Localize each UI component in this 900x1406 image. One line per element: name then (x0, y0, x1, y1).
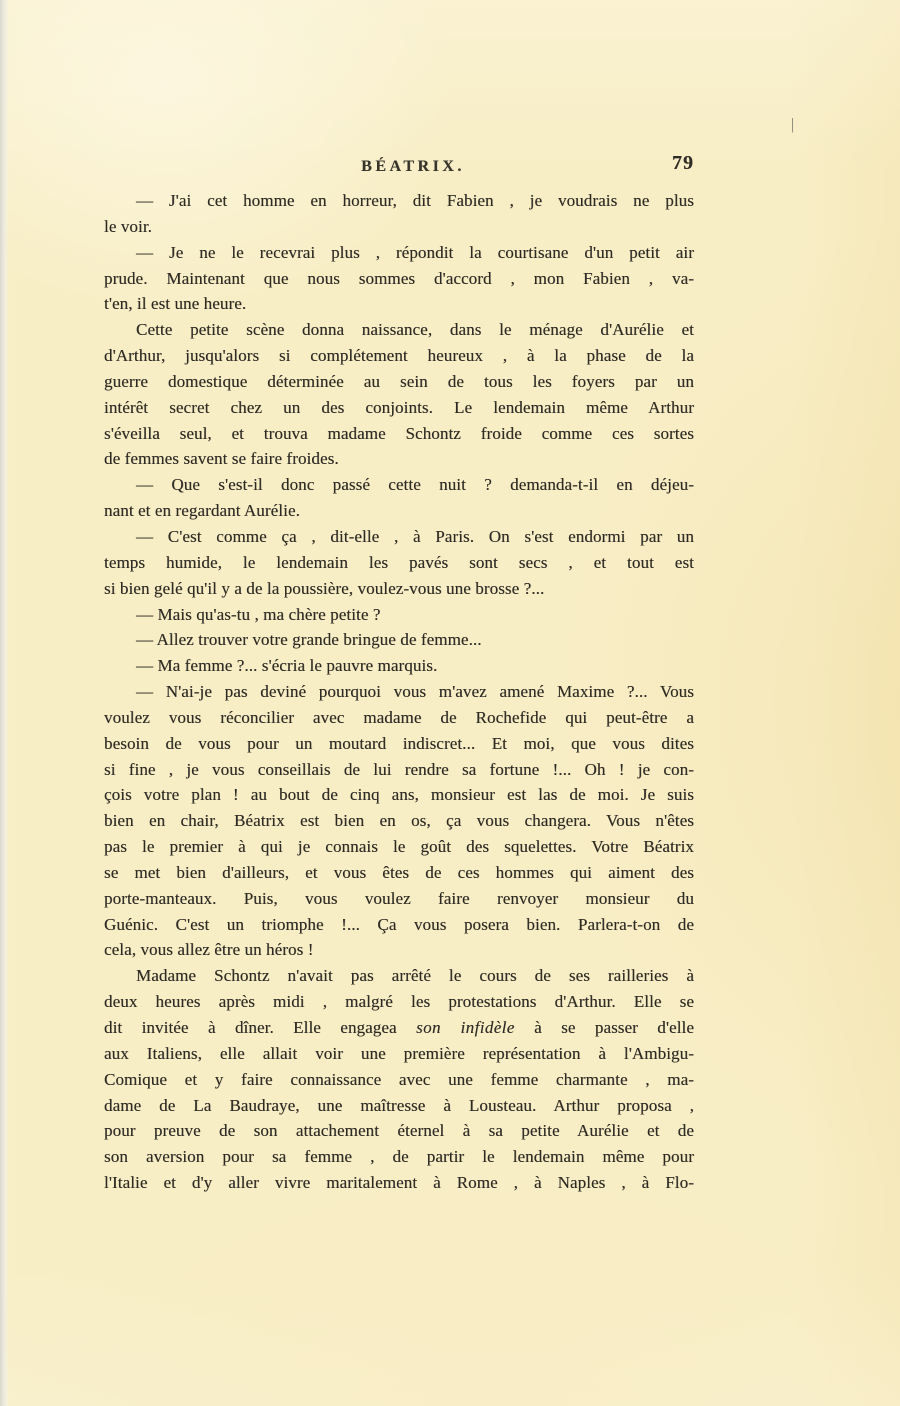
text-line: — Ma femme ?... s'écria le pauvre marqui… (104, 653, 694, 679)
text-line: voulez vous réconcilier avec madame de R… (104, 705, 694, 731)
text-line: dame de La Baudraye, une maîtresse à Lou… (104, 1093, 694, 1119)
text-segment: d'Arthur, jusqu'alors si complétement he… (104, 346, 694, 365)
page-number: 79 (672, 152, 694, 175)
paragraph: — J'ai cet homme en horreur, dit Fabien … (104, 188, 694, 240)
paragraph: — Allez trouver votre grande bringue de … (104, 627, 694, 653)
text-line: pour preuve de son attachement éternel à… (104, 1118, 694, 1144)
text-line: dit invitée à dîner. Elle engagea son in… (104, 1015, 694, 1041)
text-line: deux heures après midi , malgré les prot… (104, 989, 694, 1015)
text-line: Comique et y faire connaissance avec une… (104, 1067, 694, 1093)
text-segment: pas le premier à qui je connais le goût … (104, 837, 694, 856)
text-line: bien en chair, Béatrix est bien en os, ç… (104, 808, 694, 834)
text-line: d'Arthur, jusqu'alors si complétement he… (104, 343, 694, 369)
margin-tick-mark: | (791, 116, 793, 134)
page-body: — J'ai cet homme en horreur, dit Fabien … (104, 188, 694, 1196)
text-line: si bien gelé qu'il y a de la poussière, … (104, 576, 694, 602)
text-line: Madame Schontz n'avait pas arrêté le cou… (104, 963, 694, 989)
text-segment: çois votre plan ! au bout de cinq ans, m… (104, 785, 694, 804)
text-line: temps humide, le lendemain les pavés son… (104, 550, 694, 576)
text-line: guerre domestique déterminée au sein de … (104, 369, 694, 395)
paragraph: — Je ne le recevrai plus , répondit la c… (104, 240, 694, 318)
text-line: — J'ai cet homme en horreur, dit Fabien … (104, 188, 694, 214)
text-segment: si fine , je vous conseillais de lui ren… (104, 760, 694, 779)
text-segment: t'en, il est une heure. (104, 294, 246, 313)
text-line: t'en, il est une heure. (104, 291, 694, 317)
paragraph: Cette petite scène donna naissance, dans… (104, 317, 694, 472)
text-line: intérêt secret chez un des conjoints. Le… (104, 395, 694, 421)
text-line: besoin de vous pour un moutard indiscret… (104, 731, 694, 757)
text-line: — N'ai-je pas deviné pourquoi vous m'ave… (104, 679, 694, 705)
page-header: BÉATRIX. 79 (104, 155, 694, 181)
italic-text: son infidèle (416, 1018, 515, 1037)
text-line: pas le premier à qui je connais le goût … (104, 834, 694, 860)
text-segment: bien en chair, Béatrix est bien en os, ç… (104, 811, 694, 830)
paragraph: — Que s'est-il donc passé cette nuit ? d… (104, 472, 694, 524)
text-line: si fine , je vous conseillais de lui ren… (104, 757, 694, 783)
text-line: — Allez trouver votre grande bringue de … (104, 627, 694, 653)
text-segment: deux heures après midi , malgré les prot… (104, 992, 694, 1011)
page-left-edge (0, 0, 9, 1406)
text-segment: voulez vous réconcilier avec madame de R… (104, 708, 694, 727)
text-line: — C'est comme ça , dit-elle , à Paris. O… (104, 524, 694, 550)
text-segment: nant et en regardant Aurélie. (104, 501, 300, 520)
text-segment: son aversion pour sa femme , de partir l… (104, 1147, 694, 1166)
text-segment: — Allez trouver votre grande bringue de … (136, 630, 482, 649)
text-segment: le voir. (104, 217, 152, 236)
text-segment: — Que s'est-il donc passé cette nuit ? d… (136, 475, 694, 494)
text-segment: — N'ai-je pas deviné pourquoi vous m'ave… (136, 682, 694, 701)
text-segment: si bien gelé qu'il y a de la poussière, … (104, 579, 544, 598)
paragraph: — Ma femme ?... s'écria le pauvre marqui… (104, 653, 694, 679)
text-line: — Mais qu'as-tu , ma chère petite ? (104, 602, 694, 628)
text-line: l'Italie et d'y aller vivre maritalement… (104, 1170, 694, 1196)
text-segment: guerre domestique déterminée au sein de … (104, 372, 694, 391)
text-segment: l'Italie et d'y aller vivre maritalement… (104, 1173, 694, 1192)
text-segment: à se passer d'elle (515, 1018, 694, 1037)
text-segment: de femmes savent se faire froides. (104, 449, 339, 468)
text-segment: aux Italiens, elle allait voir une premi… (104, 1044, 694, 1063)
text-segment: dit invitée à dîner. Elle engagea (104, 1018, 416, 1037)
text-segment: besoin de vous pour un moutard indiscret… (104, 734, 694, 753)
text-segment: porte-manteaux. Puis, vous voulez faire … (104, 889, 694, 908)
text-line: — Je ne le recevrai plus , répondit la c… (104, 240, 694, 266)
text-line: cela, vous allez être un héros ! (104, 937, 694, 963)
text-segment: Cette petite scène donna naissance, dans… (136, 320, 694, 339)
text-segment: s'éveilla seul, et trouva madame Schontz… (104, 424, 694, 443)
text-segment: Guénic. C'est un triomphe !... Ça vous p… (104, 915, 694, 934)
paragraph: — Mais qu'as-tu , ma chère petite ? (104, 602, 694, 628)
paragraph: — C'est comme ça , dit-elle , à Paris. O… (104, 524, 694, 602)
text-segment: Comique et y faire connaissance avec une… (104, 1070, 694, 1089)
text-segment: — Mais qu'as-tu , ma chère petite ? (136, 605, 380, 624)
text-segment: cela, vous allez être un héros ! (104, 940, 313, 959)
text-line: porte-manteaux. Puis, vous voulez faire … (104, 886, 694, 912)
text-segment: — J'ai cet homme en horreur, dit Fabien … (136, 191, 694, 210)
text-segment: pour preuve de son attachement éternel à… (104, 1121, 694, 1140)
text-line: — Que s'est-il donc passé cette nuit ? d… (104, 472, 694, 498)
text-line: aux Italiens, elle allait voir une premi… (104, 1041, 694, 1067)
text-segment: — Je ne le recevrai plus , répondit la c… (136, 243, 694, 262)
text-line: son aversion pour sa femme , de partir l… (104, 1144, 694, 1170)
text-line: le voir. (104, 214, 694, 240)
text-segment: — Ma femme ?... s'écria le pauvre marqui… (136, 656, 437, 675)
text-segment: dame de La Baudraye, une maîtresse à Lou… (104, 1096, 694, 1115)
text-line: Cette petite scène donna naissance, dans… (104, 317, 694, 343)
text-segment: Madame Schontz n'avait pas arrêté le cou… (136, 966, 694, 985)
text-line: çois votre plan ! au bout de cinq ans, m… (104, 782, 694, 808)
text-line: prude. Maintenant que nous sommes d'acco… (104, 266, 694, 292)
text-segment: temps humide, le lendemain les pavés son… (104, 553, 694, 572)
text-segment: se met bien d'ailleurs, et vous êtes de … (104, 863, 694, 882)
text-line: de femmes savent se faire froides. (104, 446, 694, 472)
text-line: Guénic. C'est un triomphe !... Ça vous p… (104, 912, 694, 938)
text-segment: intérêt secret chez un des conjoints. Le… (104, 398, 694, 417)
running-title: BÉATRIX. (132, 158, 694, 176)
text-line: s'éveilla seul, et trouva madame Schontz… (104, 421, 694, 447)
paragraph: — N'ai-je pas deviné pourquoi vous m'ave… (104, 679, 694, 963)
text-segment: — C'est comme ça , dit-elle , à Paris. O… (136, 527, 694, 546)
text-line: nant et en regardant Aurélie. (104, 498, 694, 524)
text-line: se met bien d'ailleurs, et vous êtes de … (104, 860, 694, 886)
paragraph: Madame Schontz n'avait pas arrêté le cou… (104, 963, 694, 1196)
book-page: | BÉATRIX. 79 — J'ai cet homme en horreu… (0, 0, 900, 1406)
text-segment: prude. Maintenant que nous sommes d'acco… (104, 269, 694, 288)
